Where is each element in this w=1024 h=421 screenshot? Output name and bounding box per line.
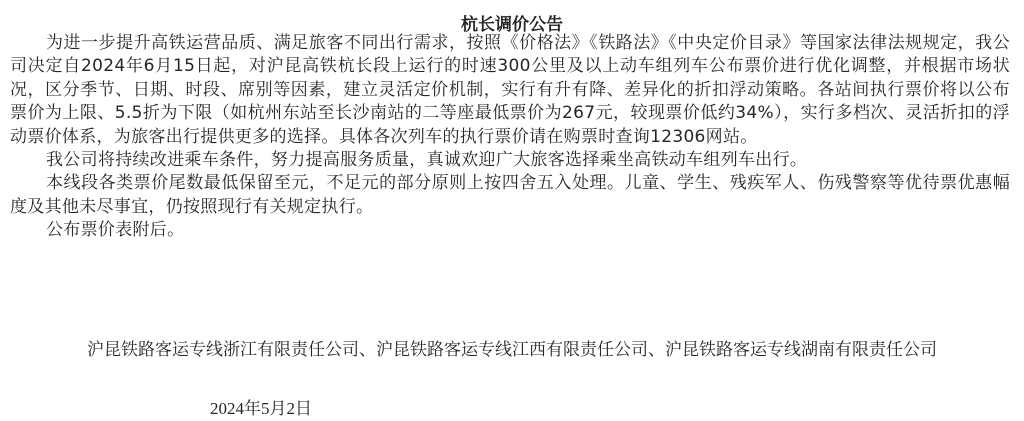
paragraph-price-adjustment: 为进一步提升高铁运营品质、满足旅客不同出行需求，按照《价格法》《铁路法》《中央定… [10, 32, 1010, 149]
paragraph-service-commitment: 我公司将持续改进乘车条件，努力提高服务质量，真诚欢迎广大旅客选择乘坐高铁动车组列… [10, 149, 1010, 172]
paragraph-attachment-note: 公布票价表附后。 [10, 219, 1010, 242]
issuing-companies: 沪昆铁路客运专线浙江有限责任公司、沪昆铁路客运专线江西有限责任公司、沪昆铁路客运… [0, 335, 1024, 360]
document-body: 为进一步提升高铁运营品质、满足旅客不同出行需求，按照《价格法》《铁路法》《中央定… [10, 32, 1010, 243]
announcement-document: 杭长调价公告 为进一步提升高铁运营品质、满足旅客不同出行需求，按照《价格法》《铁… [0, 0, 1024, 421]
issue-date: 2024年5月2日 [210, 394, 312, 419]
paragraph-rounding-rules: 本线段各类票价尾数最低保留至元，不足元的部分原则上按四舍五入处理。儿童、学生、残… [10, 172, 1010, 219]
